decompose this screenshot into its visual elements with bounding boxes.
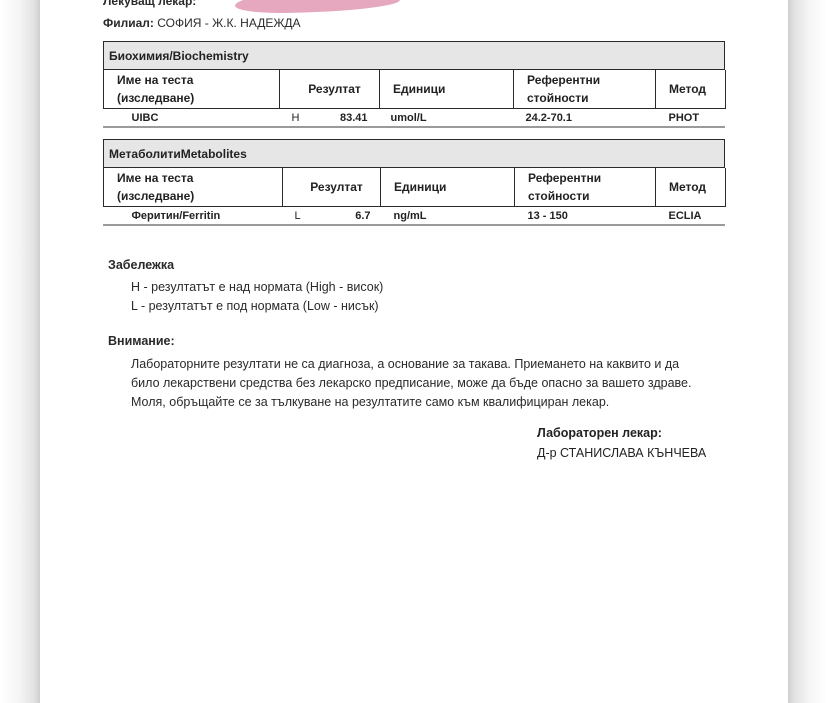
section-title: Биохимия/Biochemistry (103, 41, 725, 70)
col-result: Резултат (280, 70, 380, 109)
branch-line: Филиал: СОФИЯ - Ж.К. НАДЕЖДА (103, 16, 301, 30)
branch-value: СОФИЯ - Ж.К. НАДЕЖДА (157, 16, 300, 30)
units: umol/L (380, 109, 514, 127)
col-method: Метод (656, 168, 726, 207)
section-divider (103, 224, 725, 226)
redaction-mark (235, 0, 401, 15)
results-table: Име на теста(изследване) Резултат Единиц… (103, 168, 726, 224)
page-shadow-left (0, 0, 40, 703)
method: PHOT (656, 109, 726, 127)
col-units: Единици (381, 168, 515, 207)
result-cell: H83.41 (280, 109, 380, 127)
table-header-row: Име на теста(изследване) Резултат Единиц… (104, 70, 726, 109)
col-reference: Референтнистойности (515, 168, 656, 207)
note-low: L - резултатът е под нормата (Low - нисъ… (108, 297, 383, 316)
notes-block: Забележка H - резултатът е над нормата (… (108, 258, 383, 316)
results-table: Име на теста(изследване) Резултат Единиц… (103, 70, 726, 126)
treating-doctor-label: Лекуващ лекар: (103, 0, 196, 8)
signature-label: Лабораторен лекар: (537, 426, 662, 440)
warning-line-3: Моля, обръщайте се за тълкуване на резул… (108, 393, 731, 412)
notes-title: Забележка (108, 258, 383, 272)
signature-name: Д-р СТАНИСЛАВА КЪНЧЕВА (537, 446, 706, 460)
warning-line-2: било лекарствени средства без лекарско п… (108, 374, 731, 393)
col-result: Резултат (283, 168, 381, 207)
warning-title: Внимание: (108, 334, 731, 348)
col-test-name: Име на теста(изследване) (104, 70, 280, 109)
reference-range: 24.2-70.1 (514, 109, 656, 127)
warning-block: Внимание: Лабораторните резултати не са … (108, 334, 731, 412)
signature-block: Лабораторен лекар: Д-р СТАНИСЛАВА КЪНЧЕВ… (537, 423, 706, 463)
table-header-row: Име на теста(изследване) Резултат Единиц… (104, 168, 726, 207)
result-cell: L6.7 (283, 207, 381, 225)
col-units: Единици (380, 70, 514, 109)
col-method: Метод (656, 70, 726, 109)
method: ECLIA (656, 207, 726, 225)
result-value: 83.41 (332, 112, 368, 124)
result-value: 6.7 (335, 210, 371, 222)
biochemistry-section: Биохимия/Biochemistry Име на теста(изсле… (103, 41, 725, 128)
metabolites-section: МетаболитиMetabolites Име на теста(изсле… (103, 139, 725, 226)
branch-label: Филиал: (103, 16, 154, 30)
treating-doctor-line: Лекуващ лекар: (103, 0, 196, 8)
section-title: МетаболитиMetabolites (103, 139, 725, 168)
test-name: UIBC (104, 109, 280, 127)
table-row: Феритин/Ferritin L6.7 ng/mL 13 - 150 ECL… (104, 207, 726, 225)
col-reference: Референтнистойности (514, 70, 656, 109)
warning-line-1: Лабораторните резултати не са диагноза, … (108, 355, 731, 374)
reference-range: 13 - 150 (515, 207, 656, 225)
flag-high: H (280, 112, 332, 124)
page-shadow-right (788, 0, 828, 703)
section-divider (103, 126, 725, 128)
units: ng/mL (381, 207, 515, 225)
test-name: Феритин/Ferritin (104, 207, 283, 225)
lab-report-page: Лекуващ лекар: Филиал: СОФИЯ - Ж.К. НАДЕ… (40, 0, 788, 703)
note-high: H - резултатът е над нормата (High - вис… (108, 278, 383, 297)
flag-low: L (283, 210, 335, 222)
table-row: UIBC H83.41 umol/L 24.2-70.1 PHOT (104, 109, 726, 127)
col-test-name: Име на теста(изследване) (104, 168, 283, 207)
